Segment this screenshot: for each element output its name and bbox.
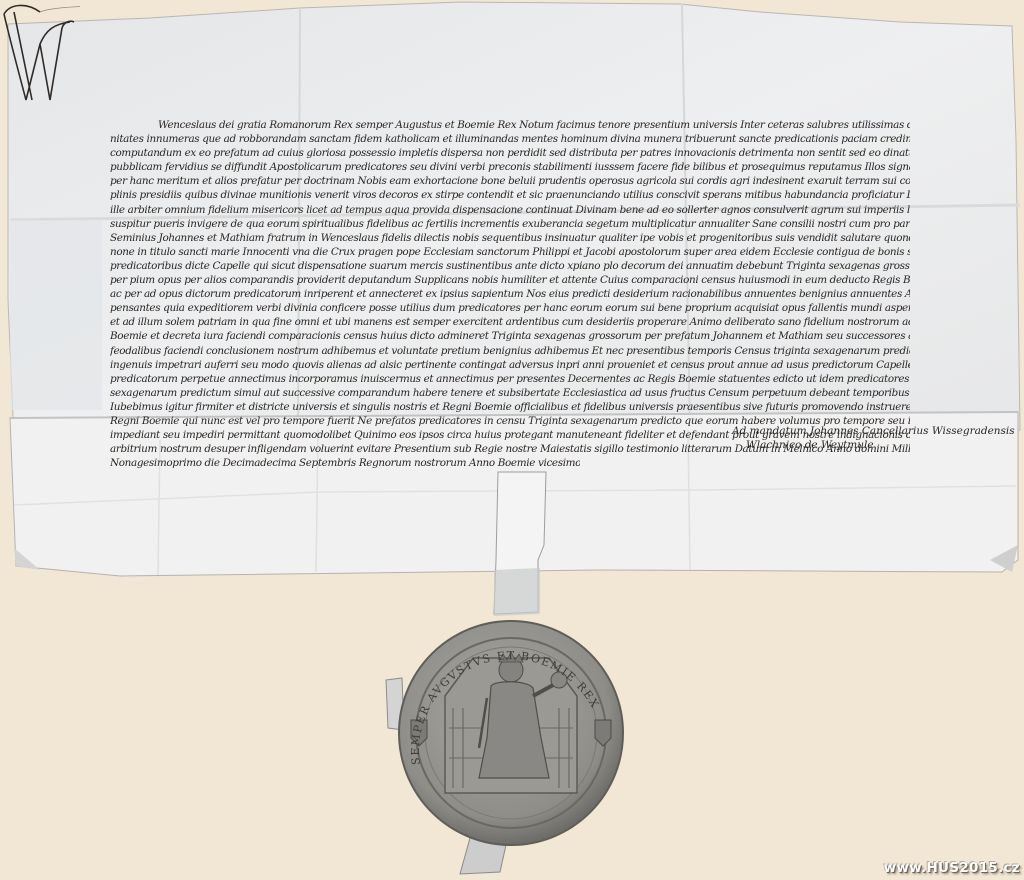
document-photo: Wenceslaus dei gratia Romanorum Rex semp… — [0, 0, 1024, 880]
wax-seal: SEMPER AVGVSTVS ET BOEMIE REX — [383, 618, 633, 878]
site-watermark: www.HUS2015.cz — [884, 860, 1020, 876]
